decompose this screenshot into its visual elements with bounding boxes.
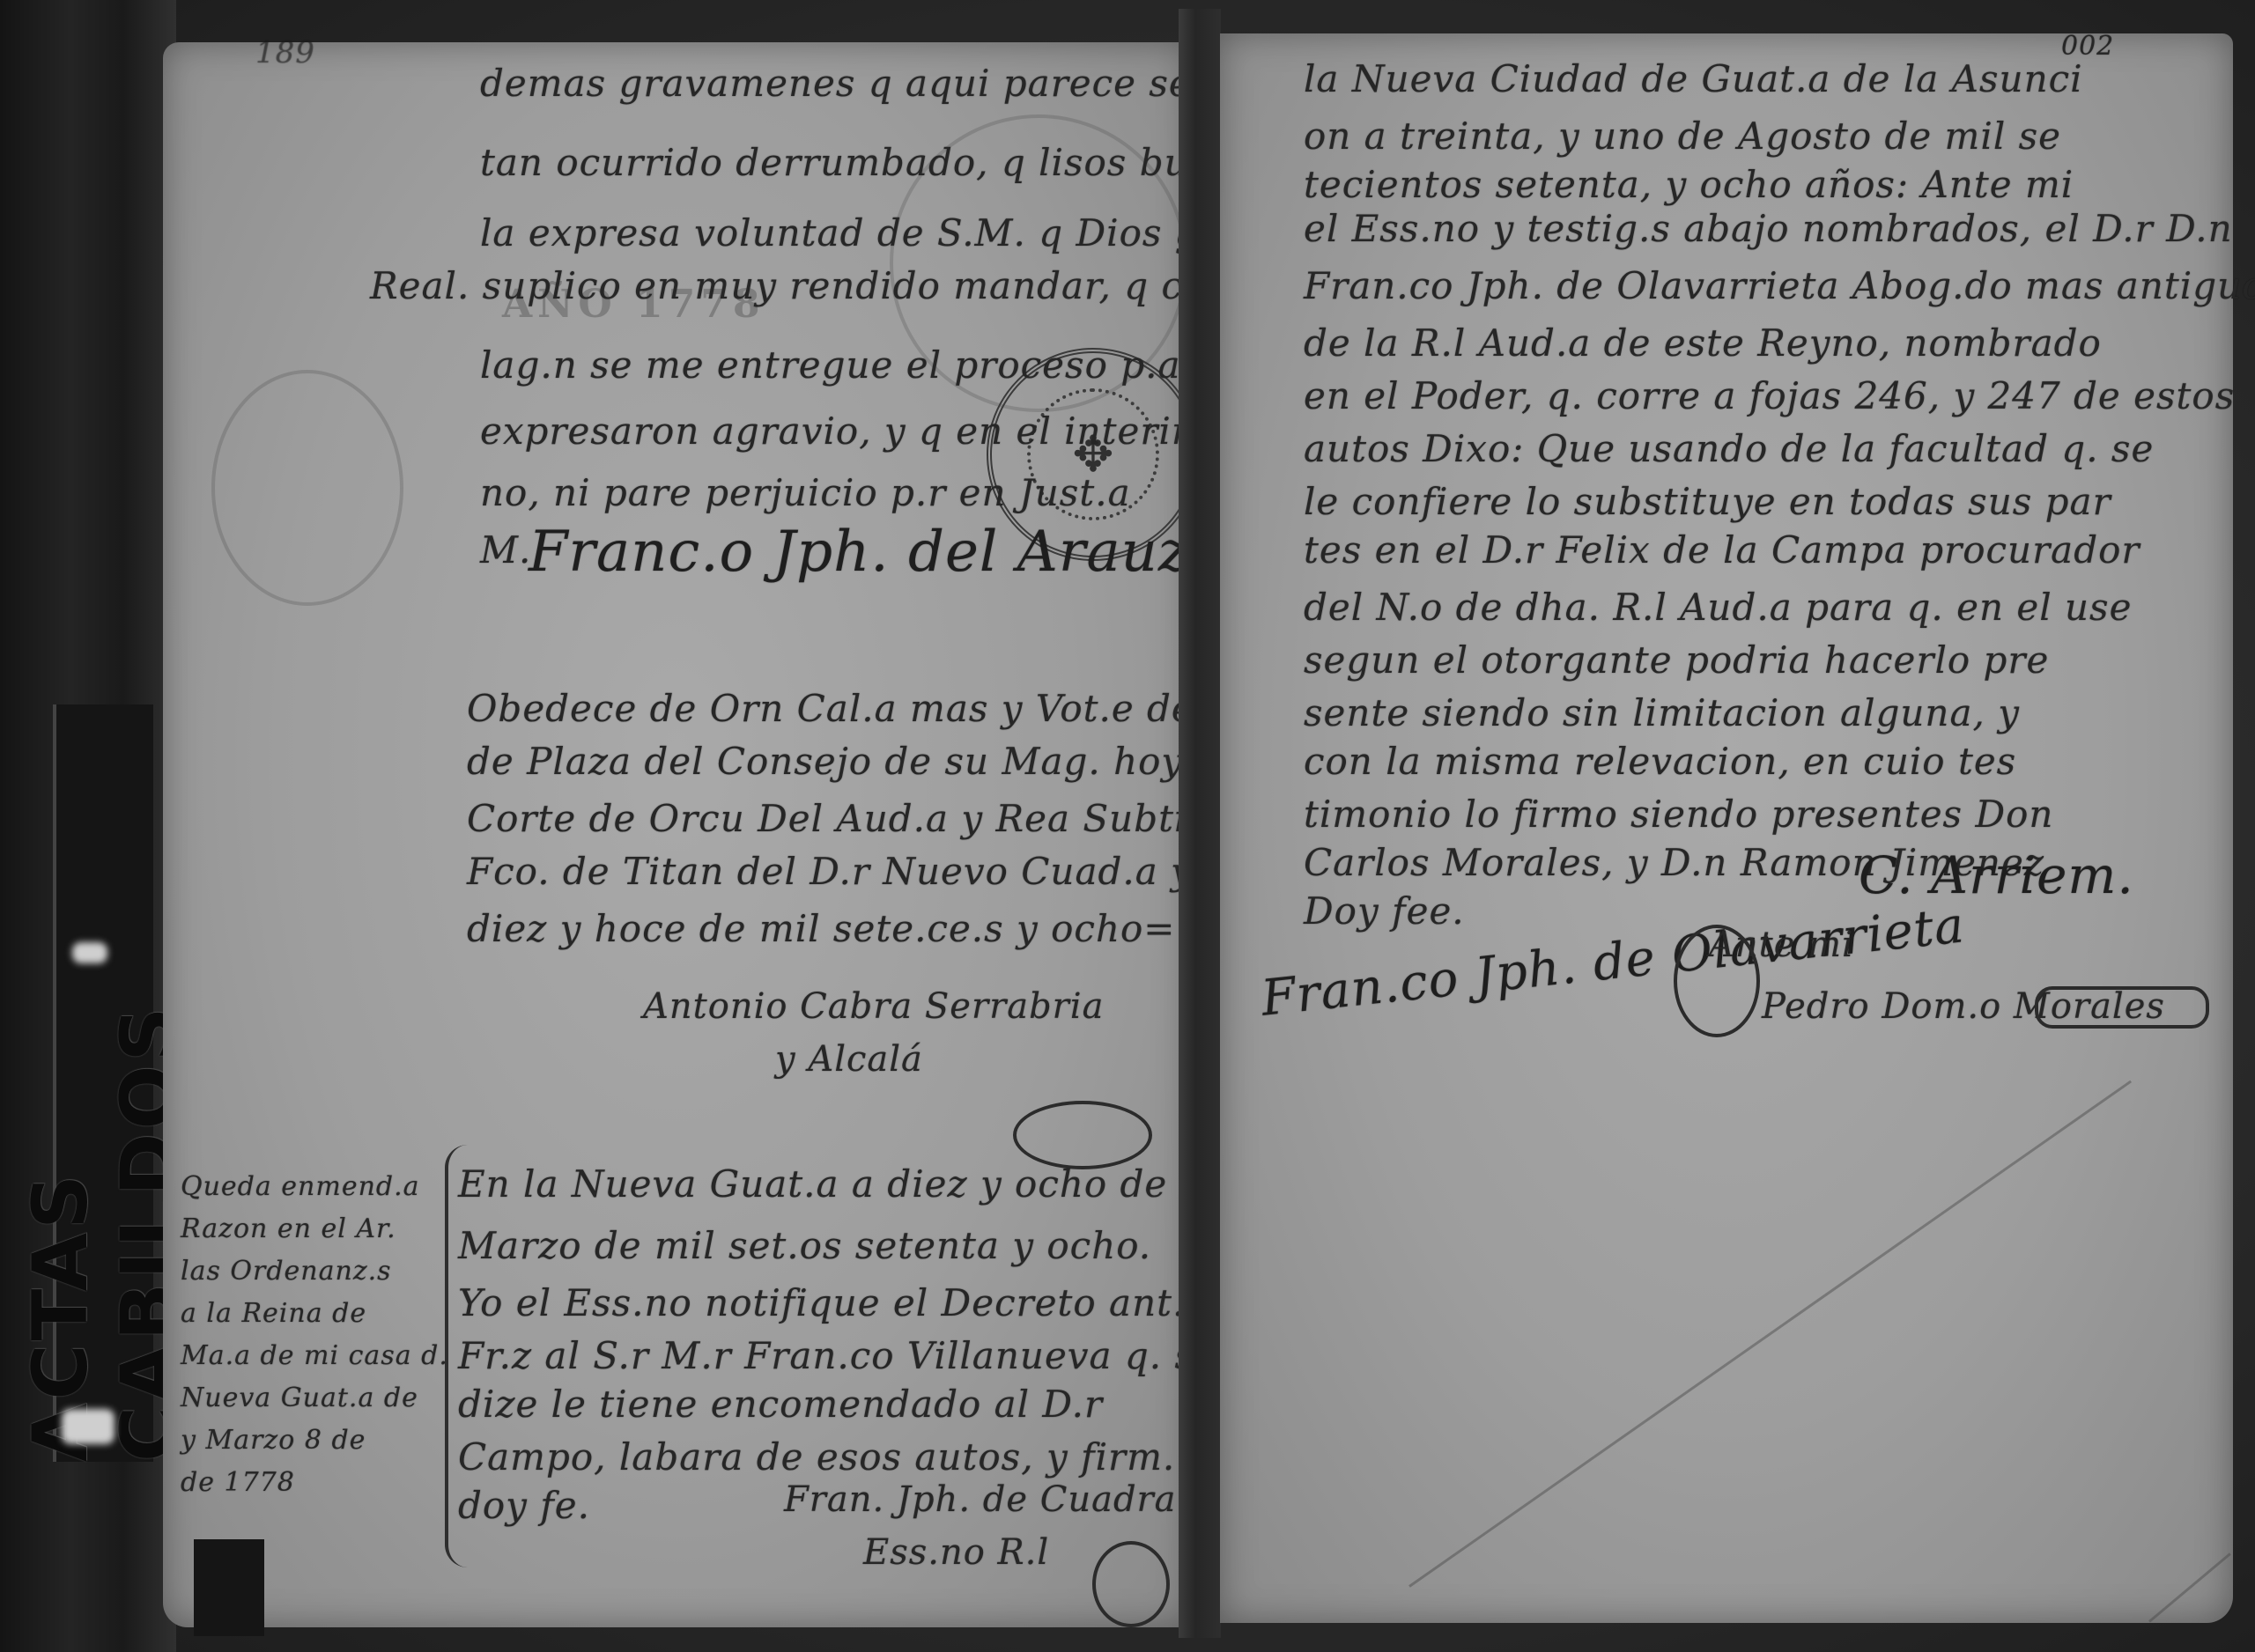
signature: y Alcalá xyxy=(775,1039,923,1080)
margin-note-line: Ma.a de mi casa d. xyxy=(181,1340,448,1371)
text-line: no, ni pare perjuicio p.r en Just.a xyxy=(480,471,1131,514)
text-line: con la misma relevacion, en cuio tes xyxy=(1304,740,2016,783)
text-line: sente siendo sin limitacion alguna, y xyxy=(1304,691,2020,734)
seal-bleedthrough xyxy=(211,370,403,606)
spine-label: ACTAS CABILDOS xyxy=(53,704,153,1462)
signature-flourish xyxy=(2035,986,2209,1029)
text-line: en el Poder, q. corre a fojas 246, y 247… xyxy=(1304,374,2235,417)
text-line: M. xyxy=(480,528,531,572)
text-line: segun el otorgante podria hacerlo pre xyxy=(1304,638,2049,682)
signature: Ess.no R.l xyxy=(863,1532,1049,1573)
margin-note-line: y Marzo 8 de xyxy=(181,1425,366,1456)
signature-flourish xyxy=(1013,1101,1152,1169)
signature: Antonio Cabra Serrabria xyxy=(643,986,1104,1027)
text-line: En la Nueva Guat.a a diez y ocho de xyxy=(458,1162,1167,1206)
margin-note-line: Nueva Guat.a de xyxy=(181,1383,418,1413)
text-line: de la R.l Aud.a de este Reyno, nombrado xyxy=(1304,321,2102,365)
signature-flourish xyxy=(1674,925,1760,1037)
text-line: le confiere lo substituye en todas sus p… xyxy=(1304,480,2111,523)
signature: C. Arriem. xyxy=(1859,845,2134,905)
margin-note-line: Queda enmend.a xyxy=(181,1171,420,1202)
text-line: tes en el D.r Felix de la Campa procurad… xyxy=(1304,528,2140,572)
text-line: Campo, labara de esos autos, y firm. xyxy=(458,1435,1175,1479)
text-line: el Ess.no y testig.s abajo nombrados, el… xyxy=(1304,207,2233,250)
text-line: on a treinta, y uno de Agosto de mil se xyxy=(1304,114,2061,158)
text-line: dize le tiene encomendado al D.r xyxy=(458,1383,1103,1426)
signature: Franc.o Jph. del Arauz xyxy=(529,520,1189,585)
text-line: tecientos setenta, y ocho años: Ante mi xyxy=(1304,163,2074,206)
text-line: Doy fee. xyxy=(1304,889,1465,933)
text-line: diez y hoce de mil sete.ce.s y ocho= xyxy=(467,907,1175,950)
text-line: doy fe. xyxy=(458,1484,590,1527)
text-line: Marzo de mil set.os setenta y ocho. xyxy=(458,1224,1151,1267)
text-line: Fran.co Jph. de Olavarrieta Abog.do mas … xyxy=(1304,264,2255,307)
margin-note-line: a la Reina de xyxy=(181,1298,366,1329)
text-line: del N.o de dha. R.l Aud.a para q. en el … xyxy=(1304,586,2132,629)
text-line: Yo el Ess.no notifique el Decreto ant. xyxy=(458,1281,1185,1324)
text-line: Fr.z al S.r M.r Fran.co Villanueva q. se xyxy=(458,1334,1217,1377)
text-line: autos Dixo: Que usando de la facultad q.… xyxy=(1304,427,2154,470)
film-shadow xyxy=(194,1539,264,1636)
spine-glare xyxy=(62,1409,115,1444)
book-binding: ACTAS CABILDOS xyxy=(0,0,176,1652)
spine-glare xyxy=(72,942,107,963)
signature: Fran. Jph. de Cuadra xyxy=(784,1479,1177,1520)
margin-note-line: Razon en el Ar. xyxy=(181,1213,396,1244)
left-page-number: 189 xyxy=(255,35,315,70)
margin-note-line: las Ordenanz.s xyxy=(181,1256,392,1287)
margin-note-line: de 1778 xyxy=(181,1467,295,1498)
signature-flourish xyxy=(1092,1541,1170,1627)
text-line: la Nueva Ciudad de Guat.a de la Asunci xyxy=(1304,57,2083,100)
text-line: timonio lo firmo siendo presentes Don xyxy=(1304,793,2053,836)
page-gutter xyxy=(1179,9,1221,1638)
